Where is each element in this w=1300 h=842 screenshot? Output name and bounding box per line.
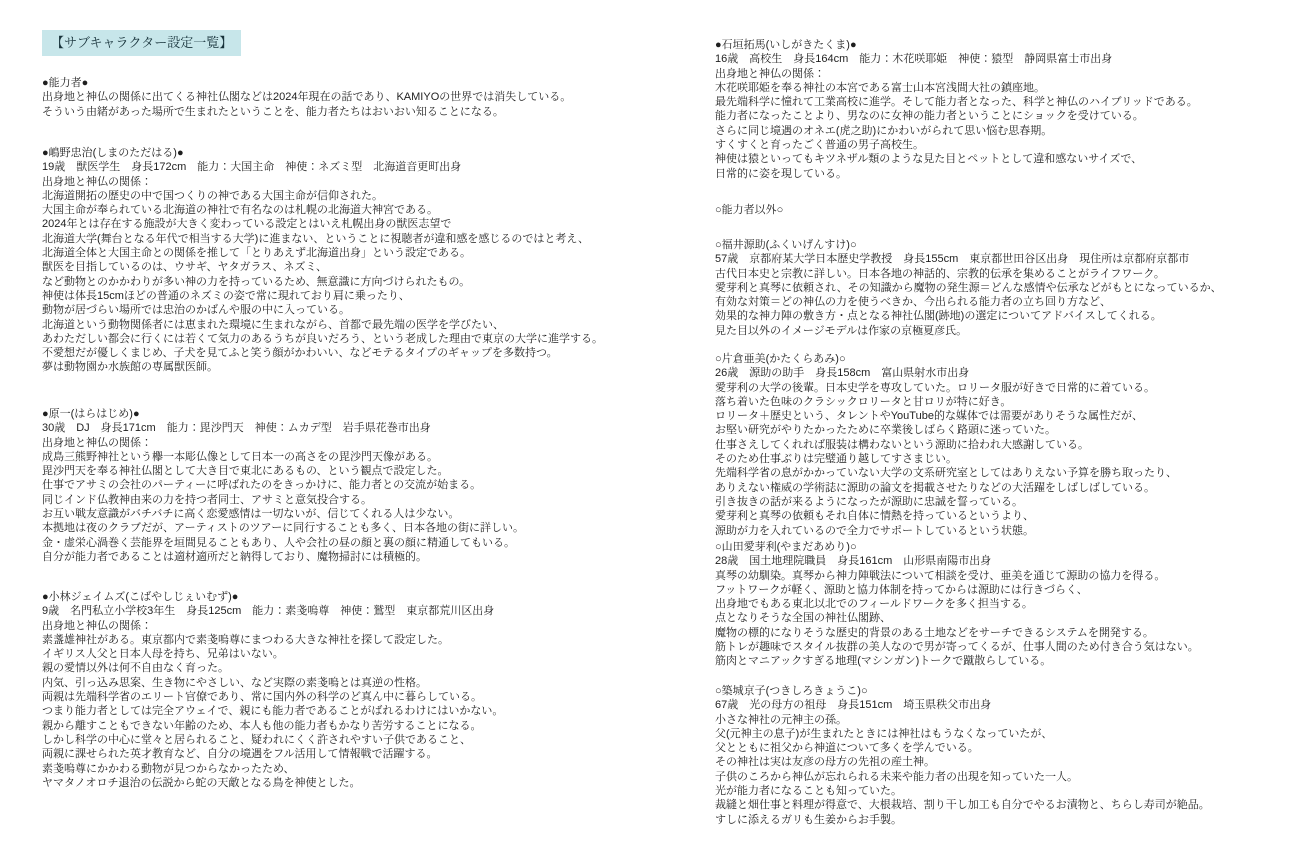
text-line: その神社は実は友彦の母方の先祖の産土神。 (715, 755, 1210, 769)
text-line: ヤマタノオロチ退治の伝説から蛇の天敵となる鳥を神使とした。 (42, 776, 503, 790)
text-line: 動物が居づらい場所では忠治のかばんや服の中に入っている。 (42, 303, 603, 317)
text-line: そういう由緒があった場所で生まれたということを、能力者たちはおいおい知ることにな… (42, 105, 571, 119)
text-line: 16歳 高校生 身長164cm 能力：木花咲耶姫 神使：猿型 静岡県富士市出身 (715, 52, 1198, 66)
text-line: イギリス人父と日本人母を持ち、兄弟はいない。 (42, 647, 503, 661)
text-line: 北海道開拓の歴史の中で国つくりの神である大国主命が信仰された。 (42, 189, 603, 203)
text-line: 見た目以外のイメージモデルは作家の京極夏彦氏。 (715, 324, 1222, 338)
text-line: 仕事さえしてくれれば服装は構わないという源助に拾われ大感謝している。 (715, 438, 1177, 452)
text-line: 神使は猿といってもキツネザル類のような見た目とペットとして違和感ないサイズで、 (715, 152, 1198, 166)
text-line: 出身地と神仏の関係： (715, 67, 1198, 81)
document-page: 【サブキャラクター設定一覧】●能力者●出身地と神仏の関係に出てくる神社仏閣などは… (0, 0, 1300, 842)
text-line: 両親に課せられた英才教育など、自分の境遇をフル活用して情報戦で活躍する。 (42, 747, 503, 761)
text-line: 同じインド仏教神由来の力を持つ者同士、アサミと意気投合する。 (42, 493, 524, 507)
document-title: 【サブキャラクター設定一覧】 (42, 30, 241, 56)
text-line: 裁縫と畑仕事と料理が得意で、大根栽培、割り干し加工も自分でやるお漬物と、ちらし寿… (715, 798, 1210, 812)
section-katakura-ami: ○片倉亜美(かたくらあみ)○26歳 源助の助手 身長158cm 富山県射水市出身… (715, 352, 1177, 538)
section-yamada-ameri: ○山田愛芽利(やまだあめり)○28歳 国土地理院職員 身長161cm 山形県南陽… (715, 540, 1199, 669)
text-line: 点となりそうな全国の神社仏閣跡、 (715, 611, 1199, 625)
text-line: 魔物の標的になりそうな歴史的背景のある土地などをサーチできるシステムを開発する。 (715, 626, 1199, 640)
text-line: 出身地と神仏の関係： (42, 436, 524, 450)
section-shimano-tadaharu: ●嶋野忠治(しまのただはる)●19歳 獣医学生 身長172cm 能力：大国主命 … (42, 146, 603, 375)
section-hara-hajime: ●原一(はらはじめ)●30歳 DJ 身長171cm 能力：毘沙門天 神使：ムカデ… (42, 407, 524, 564)
text-line: 出身地と神仏の関係： (42, 619, 503, 633)
text-line: 獣医を目指しているのは、ウサギ、ヤタガラス、ネズミ、 (42, 260, 603, 274)
text-line: ありえない権威の学術誌に源助の論文を掲載させたりなどの大活躍をしばしばしている。 (715, 481, 1177, 495)
section-header: ○福井源助(ふくいげんすけ)○ (715, 238, 1222, 252)
text-line: あわただしい都会に行くには若くて気力のあるうちが良いだろう、という老成した理由で… (42, 332, 603, 346)
section-header: ○築城京子(つきしろきょうこ)○ (715, 684, 1210, 698)
text-line: 57歳 京都府某大学日本歴史学教授 身長155cm 東京都世田谷区出身 現住所は… (715, 252, 1222, 266)
section-header: ○山田愛芽利(やまだあめり)○ (715, 540, 1199, 554)
text-line: 有効な対策＝どの神仏の力を使うべきか、今出られる能力者の立ち回り方など、 (715, 295, 1222, 309)
text-line: 夢は動物園か水族館の専属獣医師。 (42, 360, 603, 374)
text-line: 出身地と神仏の関係に出てくる神社仏閣などは2024年現在の話であり、KAMIYO… (42, 90, 571, 104)
text-line: 父(元神主の息子)が生まれたときには神社はもうなくなっていたが、 (715, 727, 1210, 741)
text-line: 神使は体長15cmほどの普通のネズミの姿で常に現れており肩に乗ったり、 (42, 289, 603, 303)
text-line: 成島三熊野神社という欅一本彫仏像として日本一の高さをの毘沙門天像がある。 (42, 450, 524, 464)
text-line: 北海道全体と大国主命との関係を推して「とりあえず北海道出身」という設定である。 (42, 246, 603, 260)
text-line: つまり能力者としては完全アウェイで、親にも能力者であることがばれるわけにはいかな… (42, 704, 503, 718)
text-line: 北海道という動物関係者には恵まれた環境に生まれながら、首都で最先端の医学を学びた… (42, 318, 603, 332)
text-line: 効果的な神力陣の敷き方・点となる神社仏閣(跡地)の選定についてアドバイスしてくれ… (715, 309, 1222, 323)
text-line: 素戔嗚尊にかかわる動物が見つからなかったため、 (42, 762, 503, 776)
text-line: そのため仕事ぶりは完璧通り越してすさまじい。 (715, 452, 1177, 466)
text-line: 素盞雄神社がある。東京都内で素戔嗚尊にまつわる大きな神社を探して設定した。 (42, 633, 503, 647)
section-header: ●石垣拓馬(いしがきたくま)● (715, 38, 1198, 52)
text-line: 本拠地は夜のクラブだが、アーティストのツアーに同行することも多く、日本各地の街に… (42, 521, 524, 535)
text-line: 筋トレが趣味でスタイル抜群の美人なので男が寄ってくるが、仕事人間のため付き合う気… (715, 640, 1199, 654)
text-line: 金・虚栄心渦巻く芸能界を垣間見ることもあり、人や会社の昼の顔と裏の顔に精通しても… (42, 536, 524, 550)
text-line: 真琴の幼馴染。真琴から神力陣戦法について相談を受け、亜美を通じて源助の協力を得る… (715, 569, 1199, 583)
text-line: 落ち着いた色味のクラシックロリータと甘ロリが特に好き。 (715, 395, 1177, 409)
text-line: すくすくと育ったごく普通の男子高校生。 (715, 138, 1198, 152)
text-line: 出身地と神仏の関係： (42, 175, 603, 189)
text-line: さらに同じ境遇のオネエ(虎之助)にかわいがられて思い悩む思春期。 (715, 124, 1198, 138)
section-header: ●原一(はらはじめ)● (42, 407, 524, 421)
text-line: 仕事でアサミの会社のパーティーに呼ばれたのをきっかけに、能力者との交流が始まる。 (42, 478, 524, 492)
text-line: 木花咲耶姫を奉る神社の本宮である富士山本宮浅間大社の鎮座地。 (715, 81, 1198, 95)
text-line: お堅い研究がやりたかったために卒業後しばらく路頭に迷っていた。 (715, 423, 1177, 437)
section-tsukishiro-kyoko: ○築城京子(つきしろきょうこ)○67歳 光の母方の祖母 身長151cm 埼玉県秩… (715, 684, 1210, 827)
section-header: ○片倉亜美(かたくらあみ)○ (715, 352, 1177, 366)
text-line: 出身地でもある東北以北でのフィールドワークを多く担当する。 (715, 597, 1199, 611)
text-line: 父とともに祖父から神道について多くを学んでいる。 (715, 741, 1210, 755)
text-line: 26歳 源助の助手 身長158cm 富山県射水市出身 (715, 366, 1177, 380)
text-line: 30歳 DJ 身長171cm 能力：毘沙門天 神使：ムカデ型 岩手県花巻市出身 (42, 421, 524, 435)
section-header: ●能力者● (42, 76, 571, 90)
text-line: 愛芽利と真琴の依頼もそれ自体に情熱を持っているというより、 (715, 509, 1177, 523)
section-non-ability-header: ○能力者以外○ (715, 203, 783, 217)
section-kobayashi-james: ●小林ジェイムズ(こばやしじぇいむず)●9歳 名門私立小学校3年生 身長125c… (42, 590, 503, 790)
text-line: 北海道大学(舞台となる年代で相当する大学)に進まない、ということに視聴者が違和感… (42, 232, 603, 246)
text-line: 愛芽利の大学の後輩。日本史学を専攻していた。ロリータ服が好きで日常的に着ている。 (715, 381, 1177, 395)
text-line: しかし科学の中心に堂々と居られること、疑われにくく許されやすい子供であること、 (42, 733, 503, 747)
text-line: 源助が力を入れているので全力でサポートしているという状態。 (715, 524, 1177, 538)
text-line: 最先端科学に憧れて工業高校に進学。そして能力者となった、科学と神仏のハイブリッド… (715, 95, 1198, 109)
text-line: 子供のころから神仏が忘れられる未来や能力者の出現を知っていた一人。 (715, 770, 1210, 784)
text-line: 光が能力者になることも知っていた。 (715, 784, 1210, 798)
text-line: 親から離すこともできない年齢のため、本人も他の能力者もかなり苦労することになる。 (42, 719, 503, 733)
text-line: 先端科学省の息がかかっていない大学の文系研究室としてはありえない予算を勝ち取った… (715, 466, 1177, 480)
text-line: 両親は先端科学省のエリート官僚であり、常に国内外の科学のど真ん中に暮らしている。 (42, 690, 503, 704)
section-header: ●小林ジェイムズ(こばやしじぇいむず)● (42, 590, 503, 604)
text-line: 毘沙門天を奉る神社仏閣として大き目で東北にあるもの、という観点で設定した。 (42, 464, 524, 478)
section-title: 【サブキャラクター設定一覧】 (42, 30, 241, 56)
text-line: 大国主命が奉られている北海道の神社で有名なのは札幌の北海道大神宮である。 (42, 203, 603, 217)
text-line: お互い戦友意識がバチバチに高く恋愛感情は一切ないが、信じてくれる人は少ない。 (42, 507, 524, 521)
text-line: 親の愛情以外は何不自由なく育った。 (42, 661, 503, 675)
text-line: 28歳 国土地理院職員 身長161cm 山形県南陽市出身 (715, 554, 1199, 568)
text-line: 愛芽利と真琴に依頼され、その知識から魔物の発生源＝どんな感情や伝承などがもとにな… (715, 281, 1222, 295)
text-line: 筋肉とマニアックすぎる地理(マシンガン)トークで蹴散らしている。 (715, 654, 1199, 668)
section-ishigaki-takuma: ●石垣拓馬(いしがきたくま)●16歳 高校生 身長164cm 能力：木花咲耶姫 … (715, 38, 1198, 181)
text-line: 67歳 光の母方の祖母 身長151cm 埼玉県秩父市出身 (715, 698, 1210, 712)
text-line: 小さな神社の元神主の孫。 (715, 713, 1210, 727)
text-line: 引き抜きの話が来るようになったが源助に忠誠を誓っている。 (715, 495, 1177, 509)
text-line: 2024年とは存在する施設が大きく変わっている設定とはいえ札幌出身の獣医志望で (42, 217, 603, 231)
section-noryokusha: ●能力者●出身地と神仏の関係に出てくる神社仏閣などは2024年現在の話であり、K… (42, 76, 571, 119)
text-line: など動物とのかかわりが多い神の力を持っているため、無意識に方向づけられたもの。 (42, 275, 603, 289)
text-line: 日常的に姿を現している。 (715, 167, 1198, 181)
text-line: 19歳 獣医学生 身長172cm 能力：大国主命 神使：ネズミ型 北海道音更町出… (42, 160, 603, 174)
section-header: ●嶋野忠治(しまのただはる)● (42, 146, 603, 160)
section-header: ○能力者以外○ (715, 203, 783, 217)
text-line: 不愛想だが優しくまじめ、子犬を見てふと笑う顔がかわいい、などモテるタイプのギャッ… (42, 346, 603, 360)
text-line: ロリータ＋歴史という、タレントやYouTube的な媒体では需要がありそうな属性だ… (715, 409, 1177, 423)
text-line: 9歳 名門私立小学校3年生 身長125cm 能力：素戔嗚尊 神使：鷲型 東京都荒… (42, 604, 503, 618)
text-line: 古代日本史と宗教に詳しい。日本各地の神話的、宗教的伝承を集めることがライフワーク… (715, 267, 1222, 281)
text-line: 能力者になったことより、男なのに女神の能力者ということにショックを受けている。 (715, 109, 1198, 123)
text-line: フットワークが軽く、源助と協力体制を持ってからは源助には行きづらく、 (715, 583, 1199, 597)
text-line: すしに添えるガリも生姜からお手製。 (715, 813, 1210, 827)
section-fukui-gensuke: ○福井源助(ふくいげんすけ)○57歳 京都府某大学日本歴史学教授 身長155cm… (715, 238, 1222, 338)
text-line: 自分が能力者であることは適材適所だと納得しており、魔物掃討には積極的。 (42, 550, 524, 564)
text-line: 内気、引っ込み思案、生き物にやさしい、など実際の素戔嗚とは真逆の性格。 (42, 676, 503, 690)
